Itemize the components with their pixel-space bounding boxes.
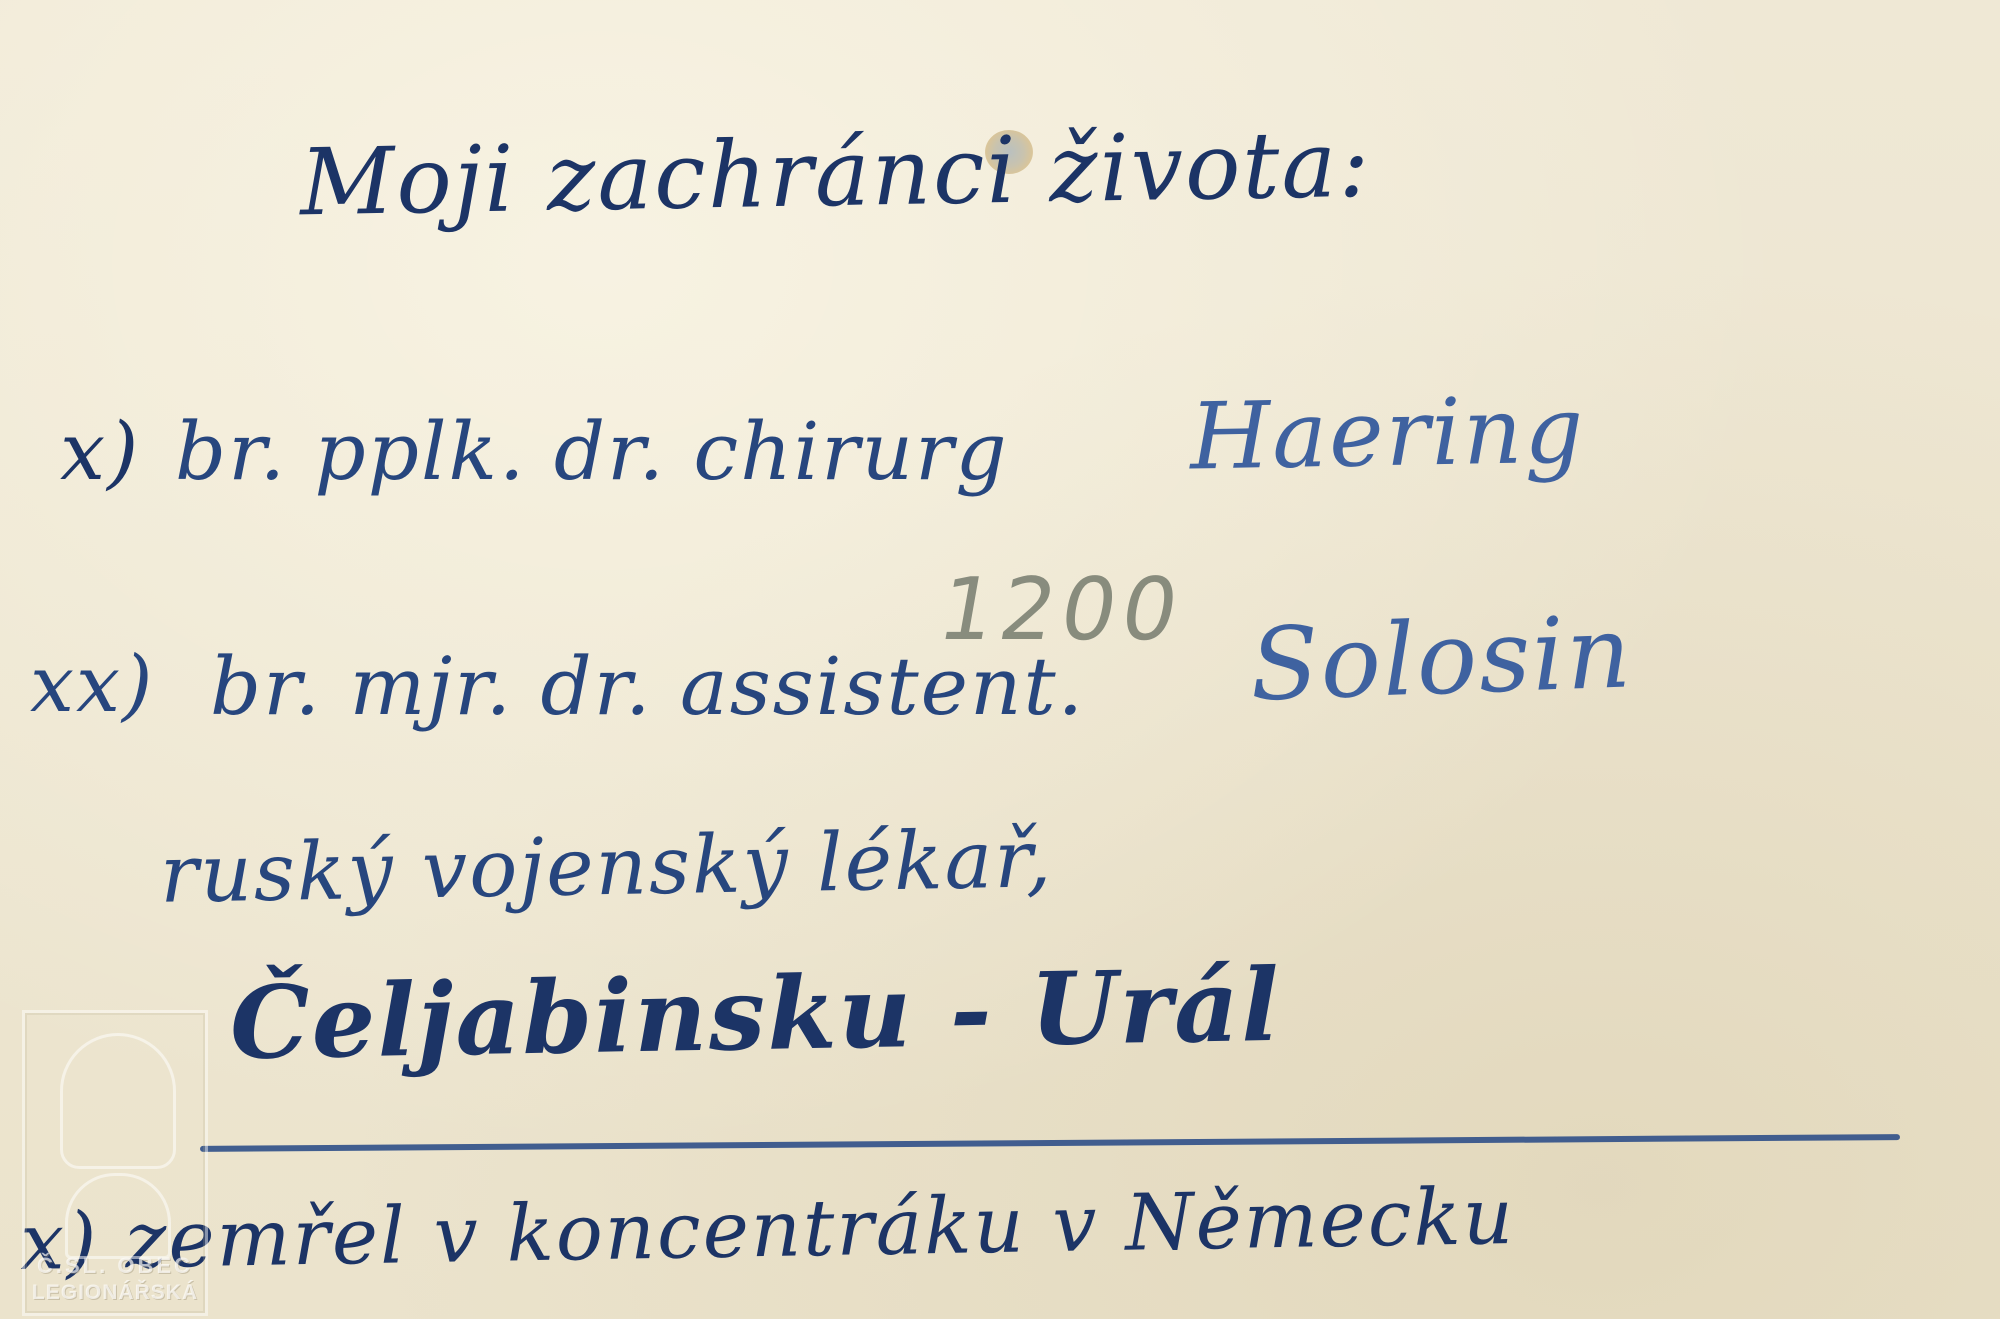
soldier-portrait-icon xyxy=(60,1033,176,1169)
entry1-marker: x) xyxy=(60,405,140,498)
embossed-stamp: Č.SL. OBEC LEGIONÁŘSKÁ xyxy=(22,1010,208,1316)
underline-divider xyxy=(200,1134,1900,1152)
stamp-line-1: Č.SL. OBEC xyxy=(25,1253,205,1279)
entry2-title: br. mjr. dr. assistent. xyxy=(210,640,1085,733)
postcard: Moji zachránci života: x) br. pplk. dr. … xyxy=(0,0,2000,1319)
entry1-name: Haering xyxy=(1189,377,1586,491)
coat-of-arms-icon xyxy=(65,1173,171,1259)
entry2-role: ruský vojenský lékař, xyxy=(159,812,1054,921)
entry2-marker: xx) xyxy=(30,640,154,730)
location: Čeljabinsku - Urál xyxy=(229,946,1282,1082)
entry1-title: br. pplk. dr. chirurg xyxy=(175,405,1009,498)
stamp-line-2: LEGIONÁŘSKÁ xyxy=(25,1281,205,1305)
entry2-name: Solosin xyxy=(1248,593,1634,723)
footnote: x) zemřel v koncentráku v Německu xyxy=(19,1172,1515,1288)
heading: Moji zachránci života: xyxy=(299,111,1372,237)
